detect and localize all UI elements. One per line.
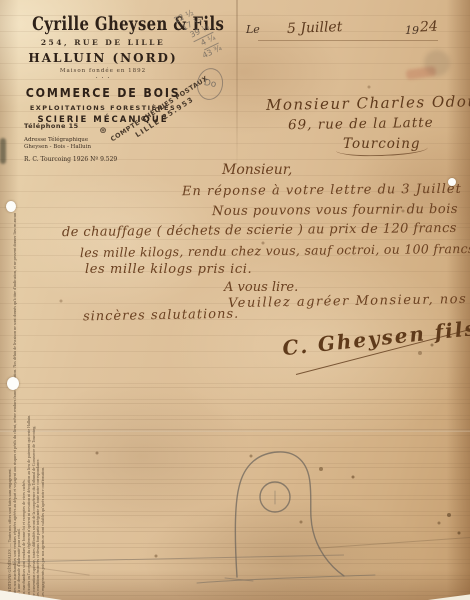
telegraph-name: Gheysen - Bois - Halluin (24, 144, 117, 150)
circled-mark-text: Do (203, 78, 217, 90)
closing-line: Veuillez agréer Monsieur, nos (228, 292, 467, 311)
edge-ink-smudge (0, 138, 6, 164)
punch-hole (6, 201, 16, 212)
salutation: Monsieur, (222, 162, 292, 178)
telegraph-label: Adresse Télégraphique (24, 137, 117, 143)
recipient-street: 69, rue de la Latte (288, 115, 434, 134)
body-line: Nous pouvons vous fournir du bois (212, 202, 458, 219)
handwritten-date: 5 Juillet (287, 19, 343, 37)
recipient-name: Monsieur Charles Odoux (266, 92, 470, 114)
body-line: les mille kilogs pris ici. (85, 262, 252, 277)
closing-line: sincères salutations. (83, 307, 239, 325)
business-line-commerce: COMMERCE DE BOIS (26, 86, 181, 100)
body-line: les mille kilogs, rendu chez vous, sauf … (80, 241, 470, 260)
vertical-fold-crease (236, 0, 238, 175)
date-rule-line (258, 40, 438, 41)
contact-block: Téléphone 15 Adresse Télégraphique Gheys… (24, 122, 117, 163)
dots-ornament: · · · (5, 75, 201, 82)
closing-line: A vous lire. (224, 280, 298, 295)
body-line: de chauffage ( déchets de scierie ) au p… (62, 221, 457, 240)
printed-year-prefix: 19 (405, 24, 419, 37)
pencil-sketch-outline (195, 425, 380, 590)
printed-date-prefix: Le (246, 23, 260, 36)
paper-specks (0, 0, 2, 2)
body-line: En réponse à votre lettre du 3 Juillet (182, 182, 462, 199)
torn-corner-bottom-right (428, 592, 470, 600)
punch-hole (448, 178, 456, 186)
conditions-generales-text: CONDITIONS GÉNÉRALES. — Toutes nos offre… (8, 213, 46, 598)
gray-smudge (424, 50, 450, 76)
phone-line: Téléphone 15 (24, 122, 117, 130)
trade-register-line: R. C. Tourcoing 1926 Nº 9.529 (24, 156, 117, 163)
founded-line: Maison fondée en 1892 (5, 68, 201, 74)
letterhead: Cyrille Gheysen & Fils 254, RUE DE LILLE… (5, 13, 201, 136)
company-street-address: 254, RUE DE LILLE (5, 38, 201, 47)
handwritten-year: 24 (420, 19, 439, 36)
punch-hole (7, 377, 19, 390)
company-city: HALLUIN (NORD) (5, 51, 201, 65)
scanned-letter-page: Cyrille Gheysen & Fils 254, RUE DE LILLE… (0, 0, 470, 600)
